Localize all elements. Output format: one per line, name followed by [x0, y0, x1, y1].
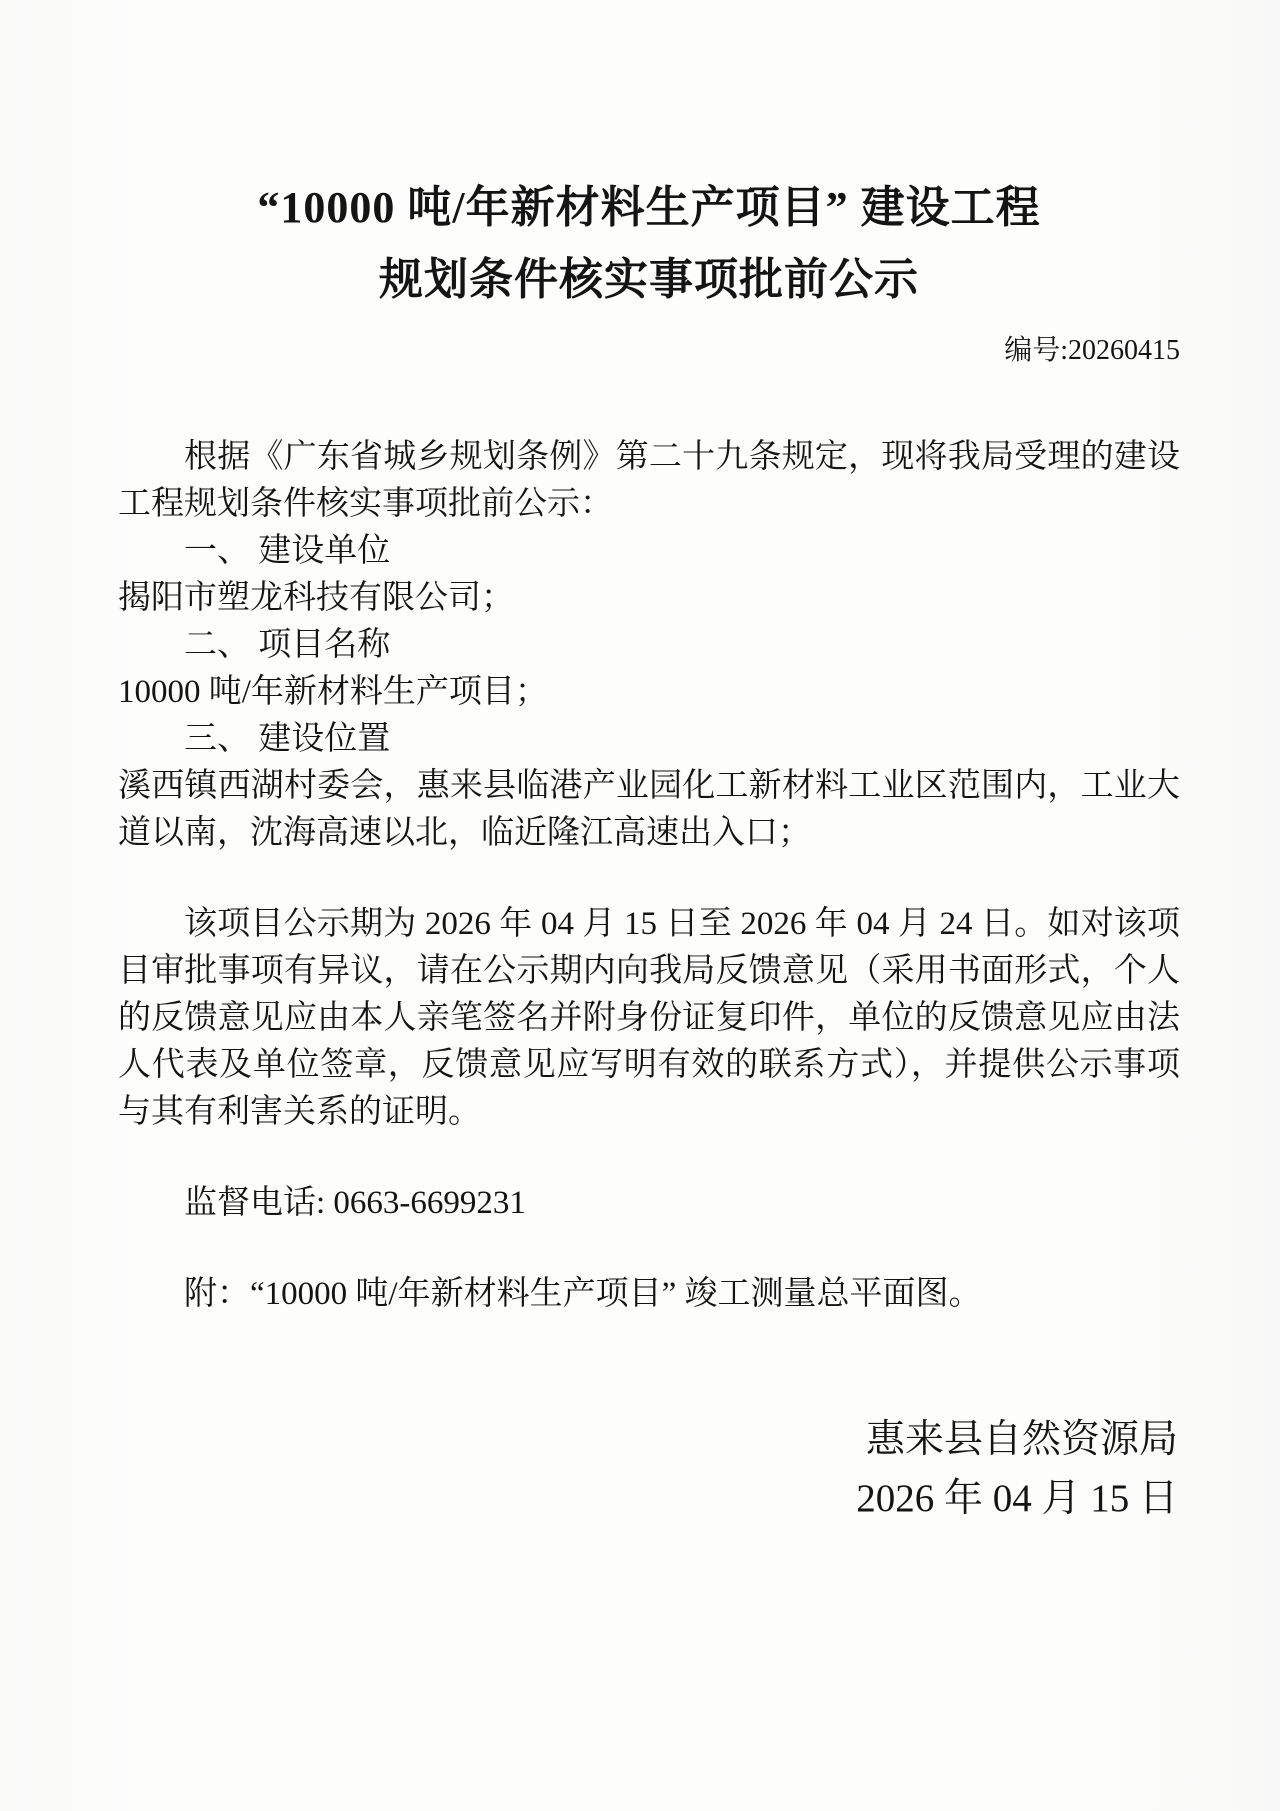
doc-number: 编号:20260415: [118, 332, 1180, 370]
document-title-line1: “10000 吨/年新材料生产项目” 建设工程: [118, 172, 1180, 244]
supervision-phone-line: 监督电话: 0663-6699231: [118, 1180, 1180, 1227]
section-content-3: 溪西镇西湖村委会，惠来县临港产业园化工新材料工业区范围内，工业大道以南，沈海高速…: [118, 763, 1180, 857]
signature-block: 惠来县自然资源局 2026 年 04 月 15 日: [118, 1410, 1180, 1528]
document-content: “10000 吨/年新材料生产项目” 建设工程 规划条件核实事项批前公示 编号:…: [0, 0, 1280, 1528]
sections-list: 一、 建设单位 揭阳市塑龙科技有限公司； 二、 项目名称 10000 吨/年新材…: [118, 528, 1180, 857]
intro-paragraph: 根据《广东省城乡规划条例》第二十九条规定，现将我局受理的建设工程规划条件核实事项…: [118, 434, 1180, 528]
section-heading-2: 二、 项目名称: [118, 622, 1180, 669]
document-title: “10000 吨/年新材料生产项目” 建设工程 规划条件核实事项批前公示: [118, 172, 1180, 316]
notice-period-paragraph: 该项目公示期为 2026 年 04 月 15 日至 2026 年 04 月 24…: [118, 901, 1180, 1136]
attachment-line: 附：“10000 吨/年新材料生产项目” 竣工测量总平面图。: [118, 1271, 1180, 1318]
section-heading-1: 一、 建设单位: [118, 528, 1180, 575]
section-content-1: 揭阳市塑龙科技有限公司；: [118, 575, 1180, 622]
section-content-2: 10000 吨/年新材料生产项目；: [118, 669, 1180, 716]
document-page: “10000 吨/年新材料生产项目” 建设工程 规划条件核实事项批前公示 编号:…: [0, 0, 1280, 1811]
document-title-line2: 规划条件核实事项批前公示: [118, 244, 1180, 316]
issue-date: 2026 年 04 月 15 日: [118, 1469, 1178, 1528]
issuer-name: 惠来县自然资源局: [118, 1410, 1178, 1469]
section-heading-3: 三、 建设位置: [118, 716, 1180, 763]
